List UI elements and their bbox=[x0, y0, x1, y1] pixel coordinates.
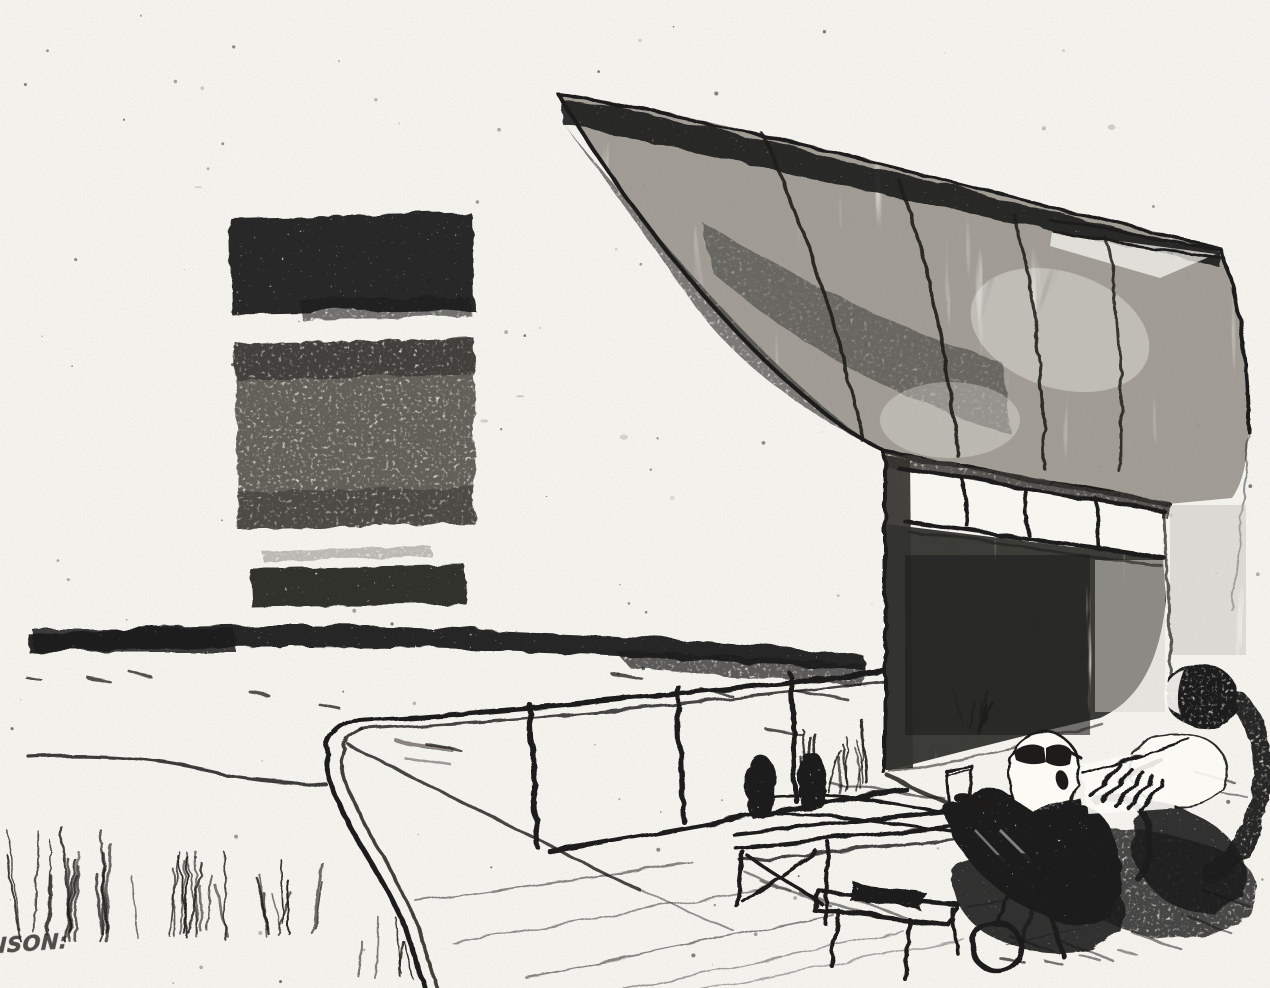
cartoon-artwork: STEVENSON: bbox=[0, 0, 1270, 988]
under-roof-haze bbox=[1170, 505, 1246, 655]
man-hand bbox=[940, 800, 964, 814]
window-mullion bbox=[1095, 498, 1097, 544]
cartoon-canvas: STEVENSON: bbox=[0, 0, 1270, 988]
